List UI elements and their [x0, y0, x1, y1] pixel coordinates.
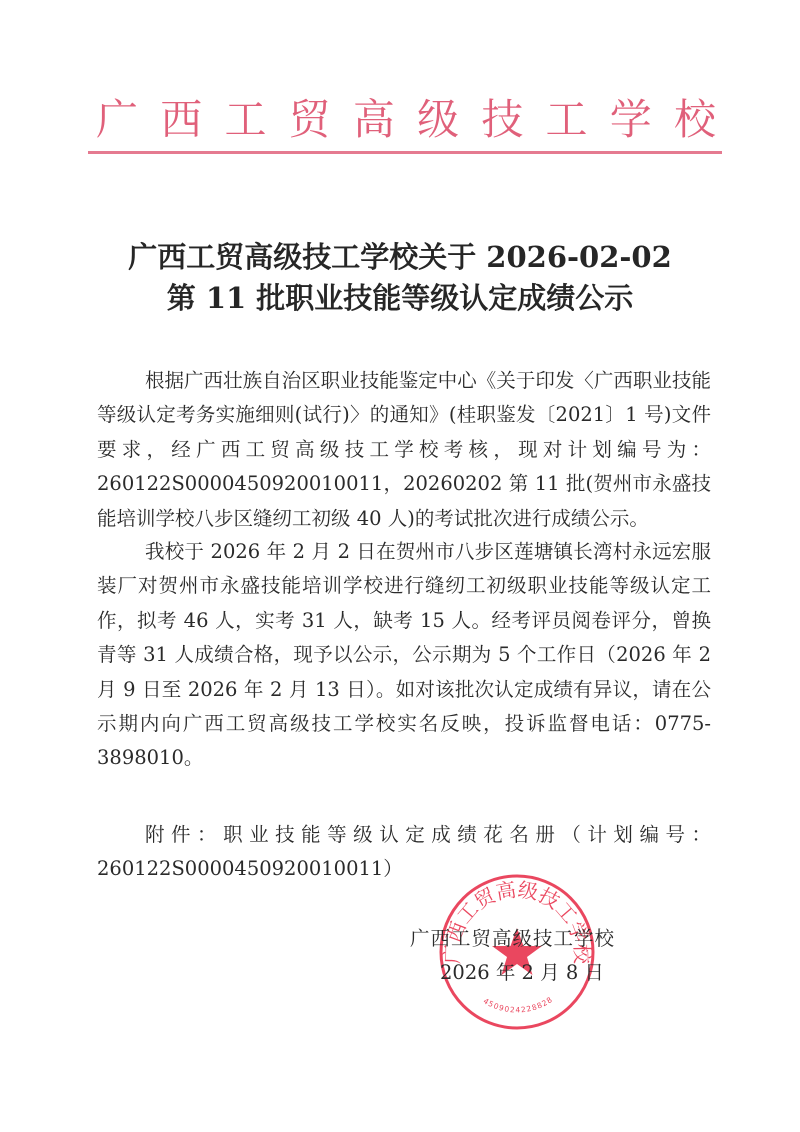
- letterhead-char: 工: [546, 96, 588, 144]
- letterhead-char: 贸: [289, 96, 331, 144]
- letterhead-char: 学: [610, 96, 652, 144]
- letterhead-char: 工: [224, 96, 266, 144]
- seal-code: 4509024228828: [482, 995, 555, 1015]
- document-title-line-1: 广西工贸高级技工学校关于 2026-02-02: [0, 240, 800, 274]
- body-paragraph-1: 根据广西壮族自治区职业技能鉴定中心《关于印发〈广西职业技能等级认定考务实施细则(…: [97, 364, 711, 536]
- letterhead-char: 高: [353, 96, 395, 144]
- letterhead-char: 校: [674, 96, 716, 144]
- letterhead-char: 级: [417, 96, 459, 144]
- signature-organization: 广西工贸高级技工学校: [410, 926, 615, 952]
- official-seal: 广西工贸高级技工学校 4509024228828: [437, 872, 597, 1032]
- letterhead-char: 技: [481, 96, 523, 144]
- letterhead-char: 广: [96, 96, 138, 144]
- signature-date: 2026 年 2 月 8 日: [440, 960, 604, 986]
- letterhead-char: 西: [160, 96, 202, 144]
- body-paragraph-2: 我校于 2026 年 2 月 2 日在贺州市八步区莲塘镇长湾村永远宏服装厂对贺州…: [97, 535, 711, 776]
- letterhead-divider: [88, 151, 722, 154]
- attachment-note: 附件：职业技能等级认定成绩花名册（计划编号：260122S00004509200…: [97, 818, 711, 887]
- document-title-line-2: 第 11 批职业技能等级认定成绩公示: [0, 281, 800, 315]
- letterhead: 广 西 工 贸 高 级 技 工 学 校: [96, 96, 716, 144]
